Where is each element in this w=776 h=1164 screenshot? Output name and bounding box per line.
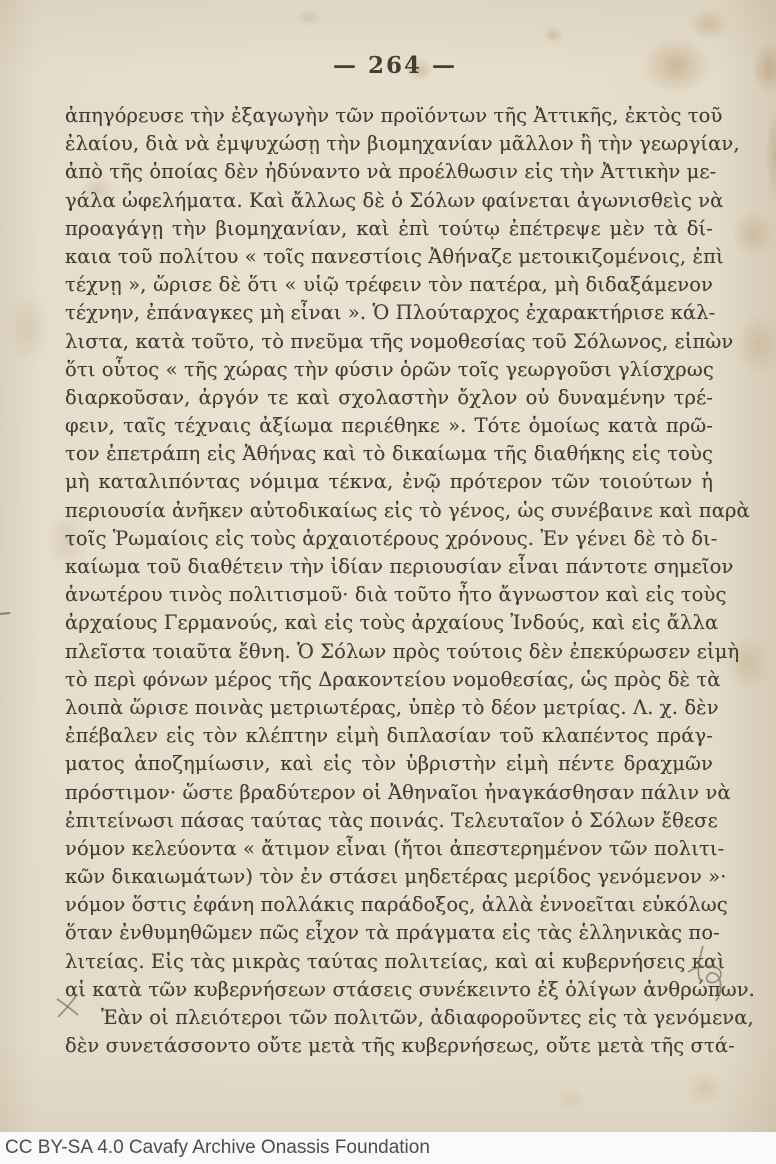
text-line: λιτείας. Εἰς τὰς μικρὰς ταύτας πολιτείας… bbox=[65, 948, 713, 976]
text-line: κῶν δικαιωμάτων) τὸν ἐν στάσει μηδετέρας… bbox=[65, 863, 713, 891]
text-line: πλεῖστα τοιαῦτα ἔθνη. Ὁ Σόλων πρὸς τούτο… bbox=[65, 638, 713, 666]
text-line: φειν, ταῖς τέχναις ἀξίωμα περιέθηκε ». Τ… bbox=[65, 412, 713, 440]
license-footer: CC BY-SA 4.0 Cavafy Archive Onassis Foun… bbox=[0, 1132, 776, 1164]
page-number: — 264 — bbox=[65, 52, 725, 79]
text-line: τέχνῃ », ὥρισε δὲ ὅτι « υἱῷ τρέφειν τὸν … bbox=[65, 271, 713, 299]
text-line: ἀρχαίους Γερμανούς, καὶ εἰς τοὺς ἀρχαίου… bbox=[65, 609, 713, 637]
text-line: ἀπηγόρευσε τὴν ἐξαγωγὴν τῶν προϊόντων τῆ… bbox=[65, 102, 713, 130]
paper-stain bbox=[736, 314, 776, 376]
paper-stain bbox=[542, 26, 564, 44]
text-line: καίωμα τοῦ διαθέτειν τὴν ἰδίαν περιουσία… bbox=[65, 553, 713, 581]
text-line: ἐλαίου, διὰ νὰ ἐμψυχώσῃ τὴν βιομηχανίαν … bbox=[65, 130, 713, 158]
text-line: τοῖς Ῥωμαίοις εἰς τοὺς ἀρχαιοτέρους χρόν… bbox=[65, 525, 713, 553]
text-line: γάλα ὠφελήματα. Καὶ ἄλλως δὲ ὁ Σόλων φαί… bbox=[65, 187, 713, 215]
text-line: ὅτι οὗτος « τῆς χώρας τὴν φύσιν ὁρῶν τοῖ… bbox=[65, 356, 713, 384]
paper-stain bbox=[684, 1070, 726, 1106]
text-line: τέχνην, ἐπάναγκες μὴ εἶναι ». Ὁ Πλούταρχ… bbox=[65, 299, 713, 327]
text-line: νόμον κελεύοντα « ἄτιμον εἶναι (ἤτοι ἀπε… bbox=[65, 835, 713, 863]
book-page-scan: — 264 — ἀπηγόρευσε τὴν ἐξαγωγὴν τῶν προϊ… bbox=[0, 0, 776, 1164]
text-line: δὲν συνετάσσοντο οὔτε μετὰ τῆς κυβερνήσε… bbox=[65, 1032, 713, 1060]
text-line: ματος ἀποζημίωσιν, καὶ εἰς τὸν ὑβριστὴν … bbox=[65, 750, 713, 778]
text-line: Ἐὰν οἱ πλειότεροι τῶν πολιτῶν, ἀδιαφοροῦ… bbox=[65, 1004, 713, 1032]
text-line: λιστα, κατὰ τοῦτο, τὸ πνεῦμα τῆς νομοθεσ… bbox=[65, 328, 713, 356]
paper-stain bbox=[6, 290, 50, 366]
text-line: ἀπὸ τῆς ὁποίας δὲν ἠδύναντο νὰ προέλθωσι… bbox=[65, 158, 713, 186]
paper-stain bbox=[766, 110, 776, 200]
text-line: καια τοῦ πολίτου « τοῖς πανεστίοις Ἀθήνα… bbox=[65, 243, 713, 271]
text-line: ἐπιτείνωσι πάσας ταύτας τὰς ποινάς. Τελε… bbox=[65, 807, 713, 835]
paper-stain bbox=[688, 8, 730, 40]
text-line: λοιπὰ ὥρισε ποινὰς μετριωτέρας, ὑπὲρ τὸ … bbox=[65, 694, 713, 722]
text-line: ἐπέβαλεν εἰς τὸν κλέπτην εἰμὴ διπλασίαν … bbox=[65, 722, 713, 750]
text-line: ἀνωτέρου τινὸς πολιτισμοῦ· διὰ τοῦτο ἦτο… bbox=[65, 581, 713, 609]
paper-stain bbox=[296, 10, 322, 26]
text-line: περιουσία ἀνῆκεν αὐτοδικαίως εἰς τὸ γένο… bbox=[65, 497, 713, 525]
text-block: ἀπηγόρευσε τὴν ἐξαγωγὴν τῶν προϊόντων τῆ… bbox=[65, 102, 713, 1060]
text-line: τὸ περὶ φόνων μέρος τῆς Δρακοντείου νομο… bbox=[65, 666, 713, 694]
pencil-dash bbox=[0, 610, 12, 618]
text-line: πρόστιμον· ὥστε βραδύτερον οἱ Ἀθηναῖοι ἠ… bbox=[65, 779, 713, 807]
text-line: ὅταν ἐνθυμηθῶμεν πῶς εἶχον τὰ πράγματα ε… bbox=[65, 919, 713, 947]
paper-stain bbox=[732, 210, 774, 258]
text-line: διαρκοῦσαν, ἀργόν τε καὶ σχολαστὴν ὄχλον… bbox=[65, 384, 713, 412]
text-line: νόμον ὅστις ἐφάνη πολλάκις παράδοξος, ἀλ… bbox=[65, 891, 713, 919]
license-text: CC BY-SA 4.0 Cavafy Archive Onassis Foun… bbox=[0, 1132, 776, 1163]
text-line: τον ἐπετράπη εἰς Ἀθήνας καὶ τὸ δικαίωμα … bbox=[65, 440, 713, 468]
text-line: αἱ κατὰ τῶν κυβερνήσεων στάσεις συνέκειν… bbox=[65, 976, 713, 1004]
paper-stain bbox=[752, 42, 776, 94]
paper-stain bbox=[556, 1088, 586, 1110]
text-line: μὴ καταλιπόντας νόμιμα τέκνα, ἐνῷ πρότερ… bbox=[65, 468, 713, 496]
text-line: προαγάγῃ τὴν βιομηχανίαν, καὶ ἐπὶ τούτῳ … bbox=[65, 215, 713, 243]
